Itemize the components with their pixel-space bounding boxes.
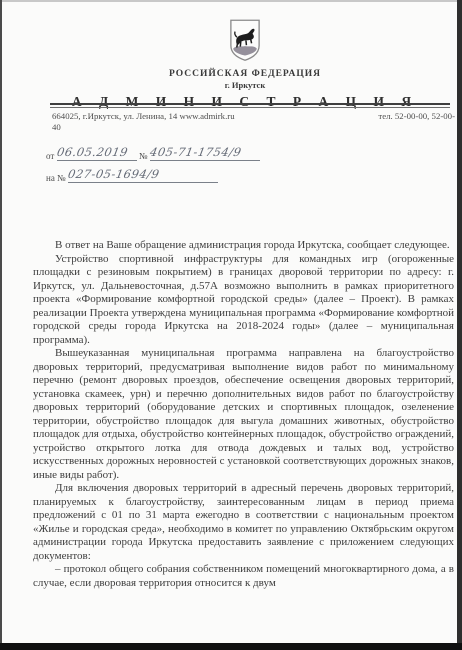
scanned-letter-page: РОССИЙСКАЯ ФЕДЕРАЦИЯ г. Иркутск А Д М И …	[0, 0, 462, 650]
city-title: г. Иркутск	[40, 80, 450, 90]
number-label: №	[139, 151, 148, 161]
contact-line: 664025, г.Иркутск, ул. Ленина, 14 www.ad…	[52, 111, 455, 121]
country-title: РОССИЙСКАЯ ФЕДЕРАЦИЯ	[40, 69, 450, 79]
scan-edge-right	[457, 0, 462, 650]
scan-edge-top	[0, 0, 462, 2]
reference-block: от 06.05.2019 № 405-71-1754/9 на № 027-0…	[46, 146, 306, 190]
irkutsk-coat-of-arms-icon	[229, 18, 261, 62]
outgoing-number-field: 405-71-1754/9	[150, 146, 260, 161]
date-field: 06.05.2019	[57, 146, 137, 161]
handwritten-date: 06.05.2019	[55, 146, 128, 159]
incoming-ref-line: на № 027-05-1694/9	[46, 168, 306, 190]
paragraph-program-works: Вышеуказанная муниципальная программа на…	[33, 347, 454, 482]
handwritten-outgoing-number: 405-71-1754/9	[149, 146, 243, 159]
header-divider	[50, 103, 450, 108]
letter-body: В ответ на Ваше обращение администрация …	[33, 239, 454, 590]
scan-edge-bottom	[0, 643, 462, 650]
reply-to-label: на №	[46, 173, 66, 183]
incoming-number-field: 027-05-1694/9	[68, 168, 218, 183]
scan-edge-left	[0, 0, 2, 650]
postal-address: 664025, г.Иркутск, ул. Ленина, 14 www.ad…	[52, 111, 235, 121]
outgoing-ref-line: от 06.05.2019 № 405-71-1754/9	[46, 146, 306, 168]
letterhead: РОССИЙСКАЯ ФЕДЕРАЦИЯ г. Иркутск А Д М И …	[40, 18, 450, 110]
from-label: от	[46, 151, 54, 161]
phone-number: тел. 52-00-00, 52-00-	[378, 111, 455, 121]
phone-number-wrap: 40	[52, 122, 61, 132]
paragraph-inclusion-procedure: Для включения дворовых территорий в адре…	[33, 482, 454, 563]
handwritten-incoming-number: 027-05-1694/9	[67, 168, 161, 181]
paragraph-intro: В ответ на Ваше обращение администрация …	[33, 239, 454, 253]
paragraph-sports-infrastructure: Устройство спортивной инфраструктуры для…	[33, 253, 454, 348]
paragraph-protocol-item: – протокол общего собрания собственником…	[33, 563, 454, 590]
